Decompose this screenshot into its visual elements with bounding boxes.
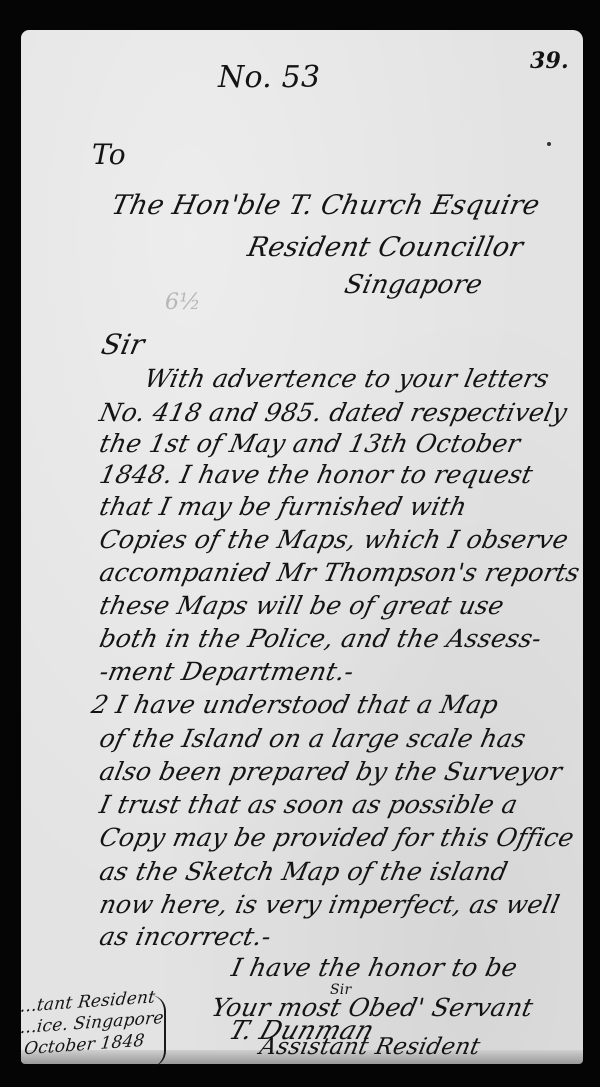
signatory-title: Assistant Resident (257, 1034, 482, 1060)
body-line: accompanied Mr Thompson's reports (97, 558, 582, 587)
body-line: as the Sketch Map of the island (97, 857, 511, 886)
body-line: I trust that as soon as possible a (97, 790, 520, 819)
salutation-to: To (92, 138, 126, 171)
body-line: now here, is very imperfect, as well (97, 890, 562, 919)
body-line: of the Island on a large scale has (97, 724, 529, 753)
body-line: that I may be furnished with (97, 492, 470, 521)
body-line: 1848. I have the honor to request (97, 460, 536, 489)
body-line: Copy may be provided for this Office (97, 823, 577, 852)
addressee-line-1: The Hon'ble T. Church Esquire (109, 190, 543, 221)
body-line: as incorrect.- (97, 922, 274, 951)
addressee-line-2: Resident Councillor (245, 232, 526, 263)
folio-number: 39. (530, 48, 569, 74)
body-line: 2 I have understood that a Map (89, 690, 501, 719)
body-line: the 1st of May and 13th October (97, 429, 523, 458)
greeting: Sir (98, 328, 147, 361)
body-line: -ment Department.- (97, 657, 357, 686)
margin-brace (150, 995, 166, 1067)
closing-line-1: I have the honor to be (229, 953, 520, 982)
body-line: With advertence to your letters (142, 364, 552, 393)
body-line: Copies of the Maps, which I observe (97, 525, 571, 554)
addressee-line-3: Singapore (342, 270, 485, 300)
faint-marginal-mark: 6½ (165, 290, 201, 315)
body-line: these Maps will be of great use (97, 591, 507, 620)
body-line: No. 418 and 985. dated respectively (97, 398, 570, 427)
letter-number: No. 53 (218, 60, 320, 95)
ink-spot (547, 142, 551, 146)
body-line: both in the Police, and the Assess- (97, 624, 544, 653)
body-line: also been prepared by the Surveyor (97, 757, 565, 786)
